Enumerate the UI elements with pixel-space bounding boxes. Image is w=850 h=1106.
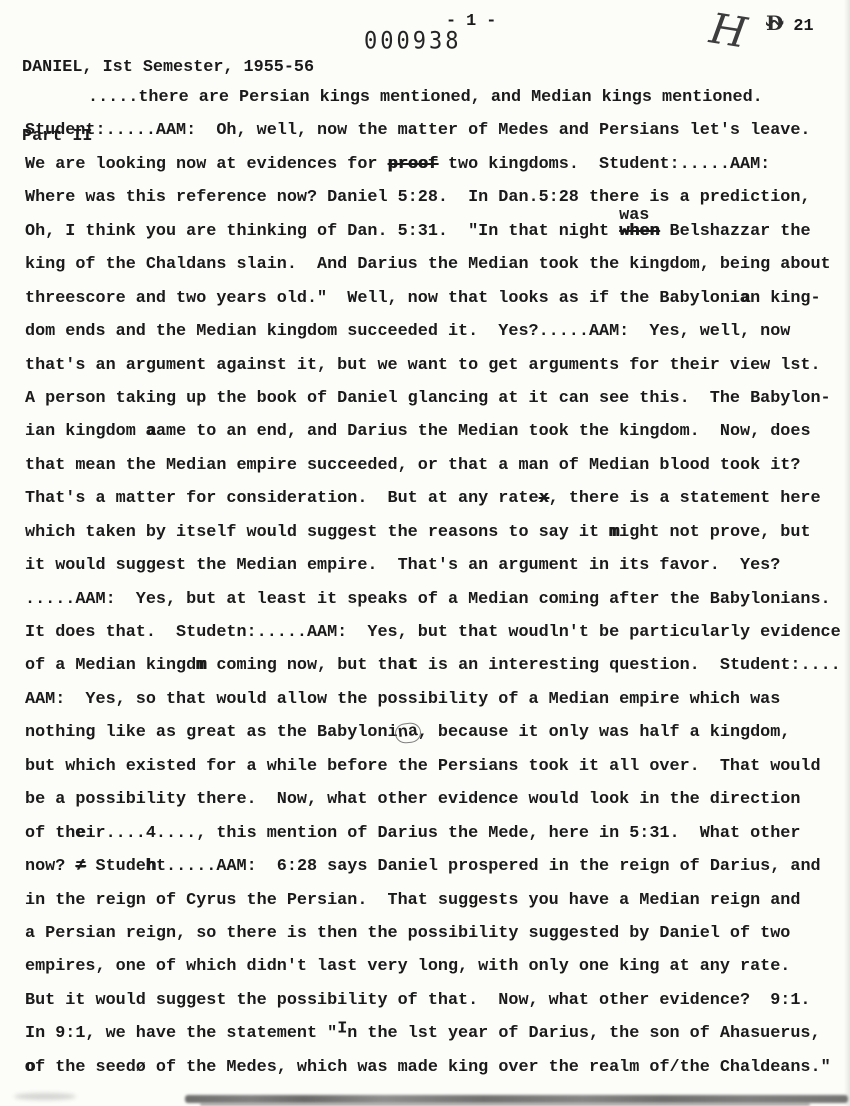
text-run: , because it only was half a kingdom, — [418, 723, 791, 742]
text-run: ir....4...., this mention of Darius the … — [85, 824, 800, 843]
text-bold: m — [196, 656, 206, 675]
text-bold: a — [146, 422, 156, 441]
text-line: empires, one of which didn't last very l… — [25, 950, 850, 983]
text-run: f the seedø of the Medes, which was made… — [35, 1058, 831, 1077]
scan-edge-shadow — [844, 0, 850, 1106]
text-line: but which existed for a while before the… — [25, 750, 850, 783]
text-run: Belshazzar the — [659, 222, 810, 241]
text-line: We are looking now at evidences for proo… — [25, 148, 850, 181]
text-above: was — [619, 199, 649, 232]
handwritten-letter: H — [706, 3, 750, 57]
text-run: that mean the Median empire succeeded, o… — [25, 456, 800, 475]
text-run: that's an argument against it, but we wa… — [25, 356, 821, 375]
text-run: empires, one of which didn't last very l… — [25, 957, 790, 976]
text-run: of th — [25, 824, 75, 843]
text-run: But it would suggest the possibility of … — [25, 991, 811, 1010]
scan-smudge — [14, 1093, 76, 1100]
text-line: it would suggest the Median empire. That… — [25, 549, 850, 582]
text-line: now? ≠ Studeht.....AAM: 6:28 says Daniel… — [25, 850, 850, 883]
text-run: t.....AAM: 6:28 says Daniel prospered in… — [156, 857, 821, 876]
text-run: which taken by itself would suggest the … — [25, 523, 609, 542]
text-run: threescore and two years old." Well, now… — [25, 289, 740, 308]
text-strike: proof — [388, 155, 438, 174]
text-line: Student:.....AAM: Oh, well, now the matt… — [25, 114, 850, 147]
corner-spacer — [783, 17, 793, 36]
text-run: AAM: Yes, so that would allow the possib… — [25, 690, 780, 709]
text-run: .....there are Persian kings mentioned, … — [88, 88, 763, 107]
text-run: a Persian reign, so there is then the po… — [25, 924, 790, 943]
text-run: We are looking now at evidences for — [25, 155, 388, 174]
text-strike: x — [539, 489, 549, 508]
text-line: threescore and two years old." Well, now… — [25, 282, 850, 315]
text-line: A person taking up the book of Daniel gl… — [25, 382, 850, 415]
text-line: be a possibility there. Now, what other … — [25, 783, 850, 816]
text-run: Oh, I think you are thinking of Dan. 5:3… — [25, 222, 619, 241]
text-line: nothing like as great as the Babylonina,… — [25, 716, 850, 749]
text-run: Where was this reference now? Daniel 5:2… — [25, 188, 811, 207]
text-line: which taken by itself would suggest the … — [25, 516, 850, 549]
text-line: ian kingdom aame to an end, and Darius t… — [25, 415, 850, 448]
text-line: dom ends and the Median kingdom succeede… — [25, 315, 850, 348]
text-line: AAM: Yes, so that would allow the possib… — [25, 683, 850, 716]
scanned-page: DANIEL, Ist Semester, 1955-56 Part II - … — [0, 0, 850, 1106]
text-line: Where was this reference now? Daniel 5:2… — [25, 181, 850, 214]
text-line: But it would suggest the possibility of … — [25, 984, 850, 1017]
text-line: In 9:1, we have the statement "In the ls… — [25, 1017, 850, 1050]
text-bold: t — [408, 656, 418, 675]
text-run: dom ends and the Median kingdom succeede… — [25, 322, 790, 341]
text-line: a Persian reign, so there is then the po… — [25, 917, 850, 950]
text-run: two kingdoms. Student:.....AAM: — [438, 155, 770, 174]
text-line: .....there are Persian kings mentioned, … — [25, 81, 850, 114]
text-line: It does that. Studetn:.....AAM: Yes, but… — [25, 616, 850, 649]
text-run: Stude — [85, 857, 145, 876]
text-run: That's a matter for consideration. But a… — [25, 489, 539, 508]
text-run: ight not prove, but — [619, 523, 810, 542]
text-run: .....AAM: Yes, but at least it speaks of… — [25, 590, 831, 609]
text-line: Oh, I think you are thinking of Dan. 5:3… — [25, 215, 850, 248]
text-run: Student:.....AAM: Oh, well, now the matt… — [25, 121, 811, 140]
text-run: nothing like as great as the Babyloni — [25, 723, 398, 742]
text-line: of the seedø of the Medes, which was mad… — [25, 1051, 850, 1084]
text-run: of a Median kingd — [25, 656, 196, 675]
text-circled: na — [394, 722, 422, 744]
text-run: in the reign of Cyrus the Persian. That … — [25, 891, 800, 910]
document-title: DANIEL, Ist Semester, 1955-56 — [22, 56, 314, 79]
stamp-number: 000938 — [364, 28, 461, 55]
text-run: ian kingdom — [25, 422, 146, 441]
document-body: .....there are Persian kings mentioned, … — [25, 81, 850, 1084]
text-run: , there is a statement here — [549, 489, 821, 508]
text-run: but which existed for a while before the… — [25, 757, 821, 776]
text-run: It does that. Studetn:.....AAM: Yes, but… — [25, 623, 841, 642]
text-run: A person taking up the book of Daniel gl… — [25, 389, 831, 408]
text-run: king of the Chaldans slain. And Darius t… — [25, 255, 831, 274]
text-run: it would suggest the Median empire. That… — [25, 556, 780, 575]
text-run: be a possibility there. Now, what other … — [25, 790, 800, 809]
text-run: coming now, but tha — [206, 656, 407, 675]
text-line: That's a matter for consideration. But a… — [25, 482, 850, 515]
text-run: ame to an end, and Darius the Median too… — [156, 422, 811, 441]
text-run: n king- — [750, 289, 821, 308]
text-line: that mean the Median empire succeeded, o… — [25, 449, 850, 482]
text-line: king of the Chaldans slain. And Darius t… — [25, 248, 850, 281]
text-run: n the lst year of Darius, the son of Aha… — [347, 1024, 820, 1043]
corner-number: 21 — [793, 17, 813, 36]
text-line: in the reign of Cyrus the Persian. That … — [25, 884, 850, 917]
text-run: In 9:1, we have the statement " — [25, 1024, 337, 1043]
scan-smudge — [185, 1095, 848, 1103]
text-run: is an interesting question. Student:.... — [418, 656, 841, 675]
text-bold: o — [25, 1058, 35, 1077]
corner-code: D 21 — [766, 11, 814, 36]
text-strike: ≠ — [75, 857, 85, 876]
text-run: now? — [25, 857, 75, 876]
text-line: of their....4...., this mention of Dariu… — [25, 817, 850, 850]
text-line: that's an argument against it, but we wa… — [25, 349, 850, 382]
text-line: .....AAM: Yes, but at least it speaks of… — [25, 583, 850, 616]
text-raised: I — [337, 1013, 347, 1046]
text-bold: h — [146, 857, 156, 876]
text-line: of a Median kingdm coming now, but that … — [25, 649, 850, 682]
corner-struck-letter: D — [766, 11, 783, 35]
text-bold: a — [740, 289, 750, 308]
text-bold: m — [609, 523, 619, 542]
text-bold: e — [75, 824, 85, 843]
